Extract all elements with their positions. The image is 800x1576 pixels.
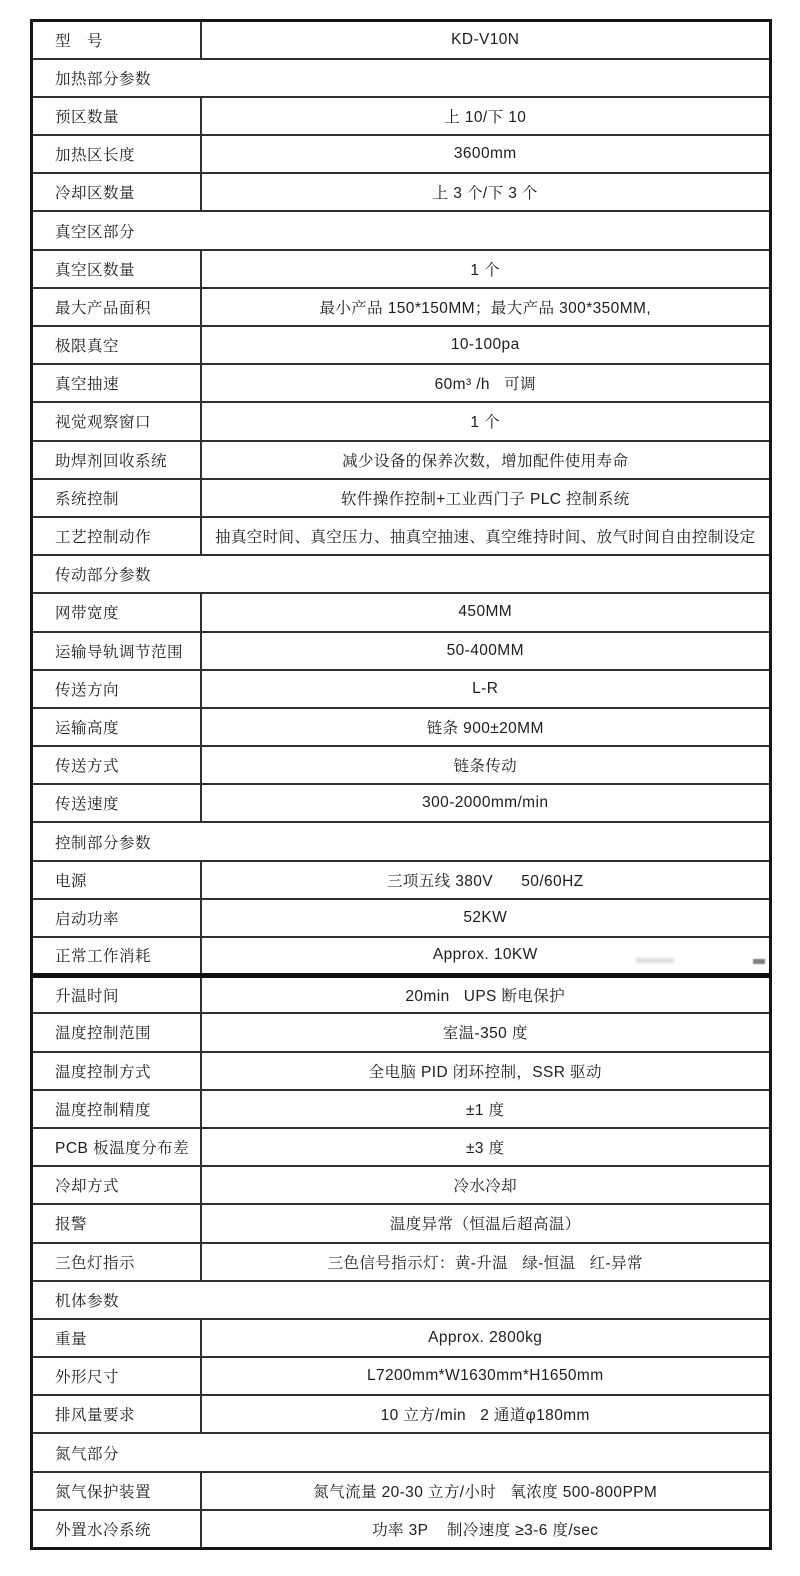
spec-label: 运输高度 — [32, 708, 201, 746]
spec-label: 重量 — [32, 1319, 201, 1357]
spec-row: 外形尺寸L7200mm*W1630mm*H1650mm — [32, 1357, 771, 1395]
spec-label: 工艺控制动作 — [32, 517, 201, 555]
spec-row: 运输导轨调节范围50-400MM — [32, 632, 771, 670]
spec-label: 真空区数量 — [32, 250, 201, 288]
spec-value: 上 3 个/下 3 个 — [201, 173, 771, 211]
spec-label: 预区数量 — [32, 97, 201, 135]
spec-row: 排风量要求10 立方/min 2 通道φ180mm — [32, 1395, 771, 1433]
spec-value: 450MM — [201, 593, 771, 631]
spec-label: 启动功率 — [32, 899, 201, 937]
spec-row: 最大产品面积最小产品 150*150MM；最大产品 300*350MM, — [32, 288, 771, 326]
spec-row: 三色灯指示三色信号指示灯：黄-升温 绿-恒温 红-异常 — [32, 1243, 771, 1281]
spec-value: 三项五线 380V 50/60HZ — [201, 861, 771, 899]
spec-value: Approx. 2800kg — [201, 1319, 771, 1357]
spec-value: 氮气流量 20-30 立方/小时 氧浓度 500-800PPM — [201, 1472, 771, 1510]
spec-row: 加热区长度3600mm — [32, 135, 771, 173]
spec-label: 传送方向 — [32, 670, 201, 708]
section-row: 真空区部分 — [32, 211, 771, 249]
spec-value: 1 个 — [201, 402, 771, 440]
spec-sheet-page: 型 号KD-V10N加热部分参数预区数量上 10/下 10加热区长度3600mm… — [0, 0, 800, 1576]
spec-row: 升温时间20min UPS 断电保护 — [32, 975, 771, 1013]
spec-row: 预区数量上 10/下 10 — [32, 97, 771, 135]
spec-label: 温度控制方式 — [32, 1052, 201, 1090]
spec-row: 报警温度异常（恒温后超高温） — [32, 1204, 771, 1242]
spec-label: 氮气保护装置 — [32, 1472, 201, 1510]
spec-label: 排风量要求 — [32, 1395, 201, 1433]
spec-label: 外形尺寸 — [32, 1357, 201, 1395]
spec-value: 三色信号指示灯：黄-升温 绿-恒温 红-异常 — [201, 1243, 771, 1281]
spec-row: 启动功率52KW — [32, 899, 771, 937]
spec-row: 助焊剂回收系统减少设备的保养次数，增加配件使用寿命 — [32, 441, 771, 479]
spec-label: 外置水冷系统 — [32, 1510, 201, 1548]
spec-row: 外置水冷系统功率 3P 制冷速度 ≥3-6 度/sec — [32, 1510, 771, 1548]
spec-value: KD-V10N — [201, 21, 771, 59]
section-title: 加热部分参数 — [32, 59, 771, 97]
spec-value: ±3 度 — [201, 1128, 771, 1166]
section-row: 加热部分参数 — [32, 59, 771, 97]
spec-value: 全电脑 PID 闭环控制，SSR 驱动 — [201, 1052, 771, 1090]
spec-label: 正常工作消耗 — [32, 937, 201, 975]
spec-value: 最小产品 150*150MM；最大产品 300*350MM, — [201, 288, 771, 326]
spec-label: 升温时间 — [32, 975, 201, 1013]
spec-row: 工艺控制动作抽真空时间、真空压力、抽真空抽速、真空维持时间、放气时间自由控制设定 — [32, 517, 771, 555]
spec-value: 3600mm — [201, 135, 771, 173]
spec-value: 20min UPS 断电保护 — [201, 975, 771, 1013]
section-row: 机体参数 — [32, 1281, 771, 1319]
spec-label: 网带宽度 — [32, 593, 201, 631]
spec-label: 极限真空 — [32, 326, 201, 364]
spec-row: 温度控制范围室温-350 度 — [32, 1013, 771, 1051]
section-title: 机体参数 — [32, 1281, 771, 1319]
spec-value: 52KW — [201, 899, 771, 937]
spec-label: 温度控制精度 — [32, 1090, 201, 1128]
spec-label: 冷却区数量 — [32, 173, 201, 211]
spec-value: 1 个 — [201, 250, 771, 288]
spec-row: 温度控制精度±1 度 — [32, 1090, 771, 1128]
spec-label: 系统控制 — [32, 479, 201, 517]
section-row: 氮气部分 — [32, 1433, 771, 1471]
spec-table-body: 型 号KD-V10N加热部分参数预区数量上 10/下 10加热区长度3600mm… — [32, 21, 771, 1549]
spec-label: 冷却方式 — [32, 1166, 201, 1204]
spec-value: L7200mm*W1630mm*H1650mm — [201, 1357, 771, 1395]
spec-row: 氮气保护装置氮气流量 20-30 立方/小时 氧浓度 500-800PPM — [32, 1472, 771, 1510]
spec-value: 功率 3P 制冷速度 ≥3-6 度/sec — [201, 1510, 771, 1548]
spec-row: 电源三项五线 380V 50/60HZ — [32, 861, 771, 899]
scan-artifact — [636, 958, 674, 963]
spec-value: 冷水冷却 — [201, 1166, 771, 1204]
spec-row: 系统控制软件操作控制+工业西门子 PLC 控制系统 — [32, 479, 771, 517]
spec-value: 300-2000mm/min — [201, 784, 771, 822]
spec-value: 10 立方/min 2 通道φ180mm — [201, 1395, 771, 1433]
spec-value: L-R — [201, 670, 771, 708]
spec-label: 传送方式 — [32, 746, 201, 784]
spec-label: 报警 — [32, 1204, 201, 1242]
spec-value: 抽真空时间、真空压力、抽真空抽速、真空维持时间、放气时间自由控制设定 — [201, 517, 771, 555]
spec-label: 助焊剂回收系统 — [32, 441, 201, 479]
spec-row: 传送速度300-2000mm/min — [32, 784, 771, 822]
spec-label: 真空抽速 — [32, 364, 201, 402]
spec-value: 室温-350 度 — [201, 1013, 771, 1051]
spec-value: 链条 900±20MM — [201, 708, 771, 746]
spec-value: 软件操作控制+工业西门子 PLC 控制系统 — [201, 479, 771, 517]
spec-row: 真空区数量1 个 — [32, 250, 771, 288]
spec-row: 重量Approx. 2800kg — [32, 1319, 771, 1357]
spec-label: 运输导轨调节范围 — [32, 632, 201, 670]
section-title: 传动部分参数 — [32, 555, 771, 593]
spec-label: 型 号 — [32, 21, 201, 59]
scan-artifact — [753, 959, 765, 964]
spec-value: 温度异常（恒温后超高温） — [201, 1204, 771, 1242]
spec-row: 真空抽速60m³ /h 可调 — [32, 364, 771, 402]
spec-table: 型 号KD-V10N加热部分参数预区数量上 10/下 10加热区长度3600mm… — [30, 19, 772, 1550]
section-title: 控制部分参数 — [32, 822, 771, 860]
spec-label: 温度控制范围 — [32, 1013, 201, 1051]
spec-row: 网带宽度450MM — [32, 593, 771, 631]
spec-row: PCB 板温度分布差±3 度 — [32, 1128, 771, 1166]
spec-label: 最大产品面积 — [32, 288, 201, 326]
spec-value: ±1 度 — [201, 1090, 771, 1128]
section-title: 氮气部分 — [32, 1433, 771, 1471]
spec-row: 型 号KD-V10N — [32, 21, 771, 59]
spec-value: 50-400MM — [201, 632, 771, 670]
spec-row: 传送方向L-R — [32, 670, 771, 708]
spec-value: 上 10/下 10 — [201, 97, 771, 135]
spec-row: 视觉观察窗口1 个 — [32, 402, 771, 440]
spec-row: 温度控制方式全电脑 PID 闭环控制，SSR 驱动 — [32, 1052, 771, 1090]
spec-label: 电源 — [32, 861, 201, 899]
spec-row: 冷却方式冷水冷却 — [32, 1166, 771, 1204]
spec-row: 运输高度链条 900±20MM — [32, 708, 771, 746]
spec-value: 减少设备的保养次数，增加配件使用寿命 — [201, 441, 771, 479]
spec-value: 链条传动 — [201, 746, 771, 784]
spec-row: 极限真空10-100pa — [32, 326, 771, 364]
spec-value: 60m³ /h 可调 — [201, 364, 771, 402]
spec-row: 正常工作消耗Approx. 10KW — [32, 937, 771, 975]
spec-value: Approx. 10KW — [201, 937, 771, 975]
spec-row: 冷却区数量上 3 个/下 3 个 — [32, 173, 771, 211]
spec-label: 传送速度 — [32, 784, 201, 822]
spec-label: PCB 板温度分布差 — [32, 1128, 201, 1166]
spec-row: 传送方式链条传动 — [32, 746, 771, 784]
spec-label: 加热区长度 — [32, 135, 201, 173]
spec-value: 10-100pa — [201, 326, 771, 364]
spec-label: 视觉观察窗口 — [32, 402, 201, 440]
section-title: 真空区部分 — [32, 211, 771, 249]
section-row: 传动部分参数 — [32, 555, 771, 593]
section-row: 控制部分参数 — [32, 822, 771, 860]
spec-label: 三色灯指示 — [32, 1243, 201, 1281]
